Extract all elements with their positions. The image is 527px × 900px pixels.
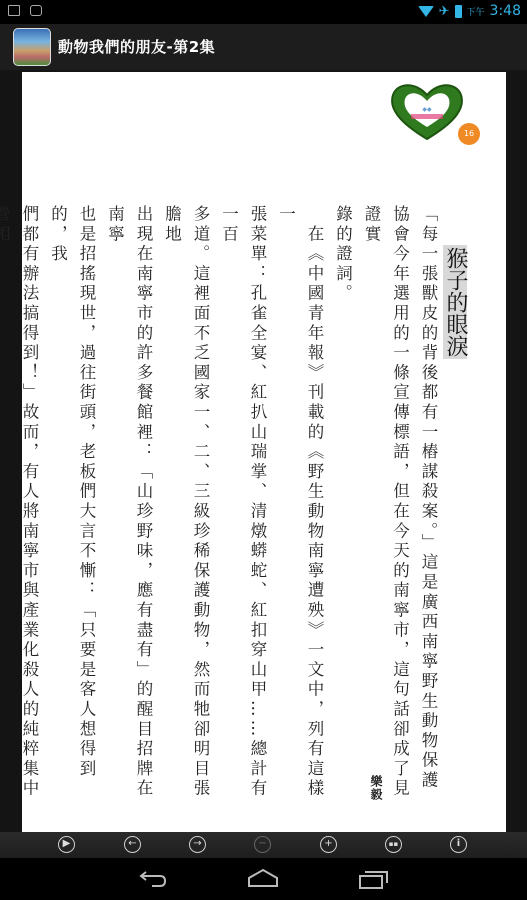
text-column: 協會今年選用的一條宣傳標語，但在今天的南寧市，這句話卻成了見證實 [357,205,414,815]
zoom-out-button[interactable]: − [254,836,271,853]
app-icon[interactable] [13,28,51,66]
wifi-icon [418,6,434,17]
battery-icon [455,5,462,18]
two-page-view-button[interactable]: ▪▪ [385,836,402,853]
info-button[interactable]: i [450,836,467,853]
article-body: 「每一張獸皮的背後都有一樁謀殺案。」這是廣西南寧野生動物保護 協會今年選用的一條… [0,205,442,815]
recent-apps-icon[interactable] [358,866,390,892]
minus-icon: − [258,838,266,849]
arrow-right-icon: → [193,838,201,849]
text-column: 們都有辦法搞得到！」故而，有人將南寧市與產業化殺人的純粹集中營相 [0,205,43,815]
notification-icons [8,5,42,16]
image-notification-icon [8,5,20,16]
home-icon[interactable] [247,866,279,892]
next-page-button[interactable]: → [189,836,206,853]
sync-notification-icon [30,5,42,16]
author-name: 樂毅 [368,775,385,801]
clock: 3:48 [490,3,521,19]
action-bar: 動物我們的朋友-第2集 [0,24,527,71]
play-button[interactable]: ▶ [58,836,75,853]
arrow-left-icon: ← [128,838,136,849]
reader-toolbar: ▶ ← → − + ▪▪ i [0,832,527,858]
previous-page-button[interactable]: ← [124,836,141,853]
text-column: 也是招搖現世，過往街頭，老板們大言不慚：「只要是客人想得到的，我 [43,205,100,815]
ampm-label: 下午 [467,5,485,18]
airplane-mode-icon: ✈ [439,4,450,19]
text-column: 在《中國青年報》刊載的《野生動物南寧遭殃》一文中，列有這樣一 [271,205,328,815]
svg-text:◆◆: ◆◆ [422,106,432,113]
page-badge: 16 [458,123,480,145]
two-page-icon: ▪▪ [389,840,399,848]
play-icon: ▶ [63,838,71,849]
app-title: 動物我們的朋友-第2集 [58,36,215,57]
article-title: 猴子的眼淚 [443,245,467,359]
text-column: 多道。這裡面不乏國家一、二、三級珍稀保護動物，然而牠卻明目張膽地 [157,205,214,815]
back-icon[interactable] [138,866,168,892]
plus-icon: + [324,838,332,849]
system-status: ✈ 下午 3:48 [418,3,521,19]
heart-wreath-icon: ◆◆ [387,79,467,143]
text-column: 出現在南寧市的許多餐館裡：「山珍野味，應有盡有」的醒目招牌在南寧 [100,205,157,815]
text-column: 「每一張獸皮的背後都有一樁謀殺案。」這是廣西南寧野生動物保護 [414,205,443,815]
navigation-bar [0,858,527,900]
info-icon: i [457,838,460,849]
zoom-in-button[interactable]: + [320,836,337,853]
text-column: 錄的證詞。 [328,205,357,815]
status-bar: ✈ 下午 3:48 [0,0,527,24]
series-logo: ◆◆ 16 [385,75,480,150]
text-column: 張菜單：孔雀全宴、紅扒山瑞掌、清燉蟒蛇、紅扣穿山甲……總計有一百 [214,205,271,815]
